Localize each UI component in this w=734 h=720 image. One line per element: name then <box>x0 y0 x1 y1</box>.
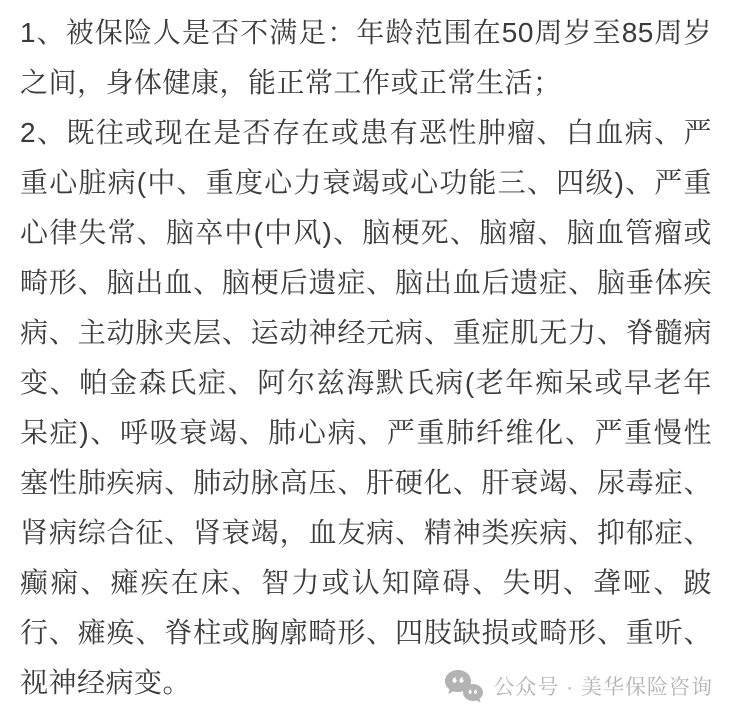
text-line: 畸形、脑出血、脑梗后遗症、脑出血后遗症、脑垂体疾 <box>20 258 712 308</box>
page: 1、被保险人是否不满足：年龄范围在50周岁至85周岁之间，身体健康，能正常工作或… <box>0 0 734 720</box>
text-line: 2、既往或现在是否存在或患有恶性肿瘤、白血病、严 <box>20 108 712 158</box>
watermark-label: 公众号 · 美华保险咨询 <box>493 671 713 701</box>
text-line: 1、被保险人是否不满足：年龄范围在50周岁至85周岁 <box>20 8 712 58</box>
text-line: 心律失常、脑卒中(中风)、脑梗死、脑瘤、脑血管瘤或 <box>20 208 712 258</box>
text-line: 病、主动脉夹层、运动神经元病、重症肌无力、脊髓病 <box>20 308 712 358</box>
text-line: 变、帕金森氏症、阿尔兹海默氏病(老年痴呆或早老年痴 <box>20 358 712 408</box>
text-line: 行、瘫痪、脊柱或胸廓畸形、四肢缺损或畸形、重听、 <box>20 608 712 658</box>
document-text: 1、被保险人是否不满足：年龄范围在50周岁至85周岁之间，身体健康，能正常工作或… <box>0 0 734 708</box>
text-line: 塞性肺疾病、肺动脉高压、肝硬化、肝衰竭、尿毒症、 <box>20 458 712 508</box>
text-line: 呆症)、呼吸衰竭、肺心病、严重肺纤维化、严重慢性阻 <box>20 408 712 458</box>
wechat-bubbles-icon <box>444 668 484 704</box>
watermark: 公众号 · 美华保险咨询 <box>444 668 713 704</box>
text-line: 肾病综合征、肾衰竭，血友病、精神类疾病、抑郁症、 <box>20 508 712 558</box>
text-line: 之间，身体健康，能正常工作或正常生活； <box>20 58 712 108</box>
text-line: 重心脏病(中、重度心力衰竭或心功能三、四级)、严重 <box>20 158 712 208</box>
text-line: 癫痫、瘫疾在床、智力或认知障碍、失明、聋哑、跛 <box>20 558 712 608</box>
